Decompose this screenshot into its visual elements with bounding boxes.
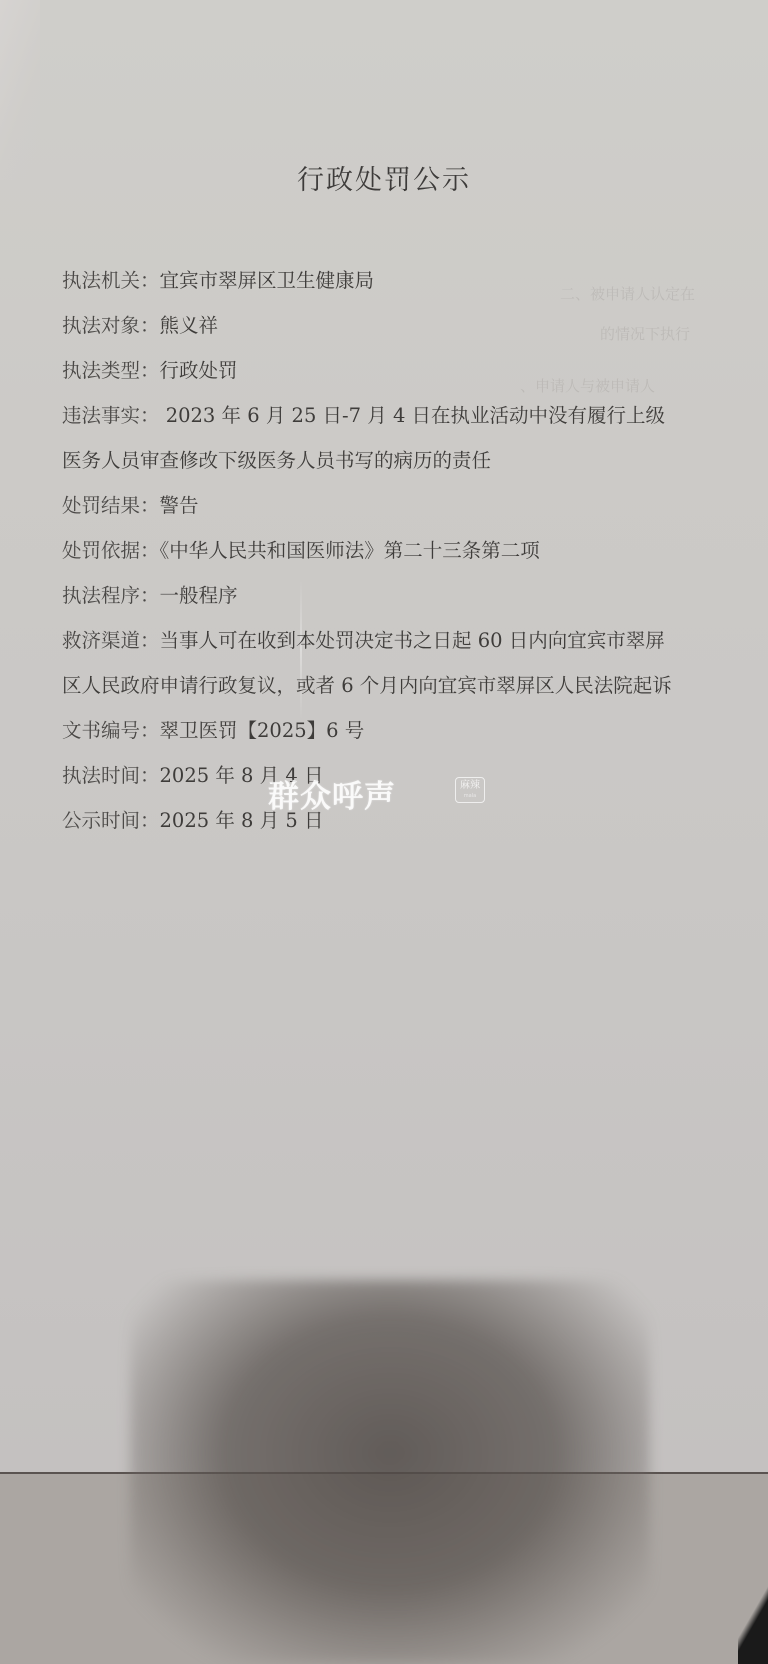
watermark-badge-icon: 麻辣 mala xyxy=(455,777,485,803)
field-label: 执法类型： xyxy=(62,359,160,382)
paper-curl xyxy=(0,0,40,180)
field-agency: 执法机关：宜宾市翠屏区卫生健康局 xyxy=(62,258,682,303)
field-label: 违法事实： xyxy=(62,404,160,427)
field-basis: 处罚依据：《中华人民共和国医师法》第二十三条第二项 xyxy=(62,528,682,573)
field-label: 处罚结果： xyxy=(62,494,160,517)
document-paper: 二、被申请人认定在 的情况下执行 、申请人与被申请人 行政处罚公示 执法机关：宜… xyxy=(0,0,768,1474)
field-label: 执法程序： xyxy=(62,584,160,607)
document-body: 执法机关：宜宾市翠屏区卫生健康局 执法对象：熊义祥 执法类型：行政处罚 违法事实… xyxy=(62,258,682,843)
field-value: 翠卫医罚【2025】6 号 xyxy=(160,719,365,742)
field-value: 警告 xyxy=(160,494,199,517)
field-value: 《中华人民共和国医师法》第二十三条第二项 xyxy=(160,539,540,562)
field-value: 一般程序 xyxy=(160,584,238,607)
field-procedure: 执法程序：一般程序 xyxy=(62,573,682,618)
field-label: 救济渠道： xyxy=(62,629,160,652)
document-title: 行政处罚公示 xyxy=(0,158,768,197)
field-doc-number: 文书编号：翠卫医罚【2025】6 号 xyxy=(62,708,682,753)
field-value: 宜宾市翠屏区卫生健康局 xyxy=(160,269,375,292)
badge-sublabel: mala xyxy=(456,793,484,799)
phone-shadow xyxy=(130,1280,650,1664)
field-label: 文书编号： xyxy=(62,719,160,742)
field-label: 执法对象： xyxy=(62,314,160,337)
field-facts: 违法事实： 2023 年 6 月 25 日-7 月 4 日在执业活动中没有履行上… xyxy=(62,393,682,483)
field-label: 公示时间： xyxy=(62,809,160,832)
field-type: 执法类型：行政处罚 xyxy=(62,348,682,393)
field-result: 处罚结果：警告 xyxy=(62,483,682,528)
object-corner xyxy=(738,1574,768,1664)
field-label: 处罚依据： xyxy=(62,539,160,562)
watermark-text: 群众呼声 xyxy=(268,771,396,816)
field-remedy: 救济渠道：当事人可在收到本处罚决定书之日起 60 日内向宜宾市翠屏区人民政府申请… xyxy=(62,618,682,708)
field-value: 熊义祥 xyxy=(160,314,219,337)
field-label: 执法时间： xyxy=(62,764,160,787)
badge-label: 麻辣 xyxy=(460,780,480,791)
field-label: 执法机关： xyxy=(62,269,160,292)
field-target: 执法对象：熊义祥 xyxy=(62,303,682,348)
field-value: 行政处罚 xyxy=(160,359,238,382)
